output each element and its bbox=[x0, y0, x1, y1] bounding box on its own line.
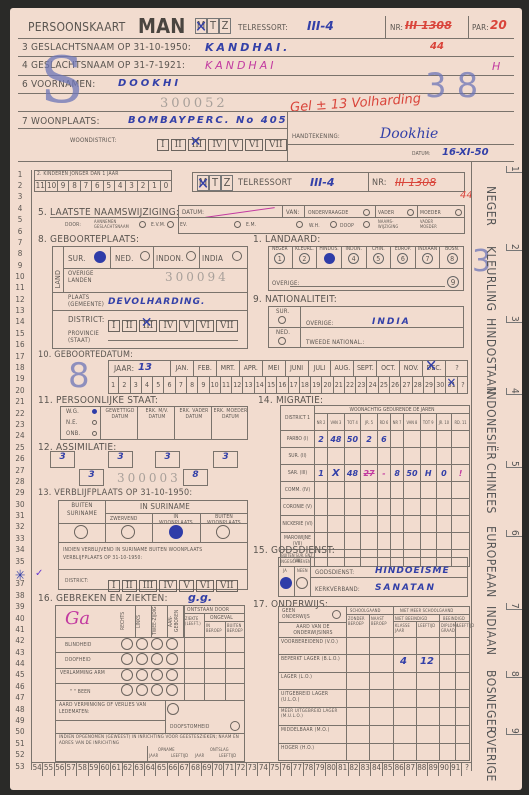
assimilatie-box-4[interactable]: 3 bbox=[213, 451, 238, 468]
day-31-crossed[interactable]: 31✕ bbox=[445, 377, 456, 393]
side-label-indonesier: INDONESIËR bbox=[484, 388, 498, 460]
woondistrict-i[interactable]: I bbox=[157, 139, 169, 151]
telresort-label: TELRESSORT: bbox=[238, 23, 288, 32]
nr-label: NR: bbox=[390, 23, 403, 32]
landaard-europ[interactable]: EUROP.6 bbox=[391, 246, 416, 268]
van-vader-radio[interactable] bbox=[407, 209, 414, 216]
stamp-number: 300052 bbox=[160, 96, 228, 111]
section1-label: 1. LANDAARD: bbox=[253, 234, 321, 245]
migratie-row: SAR. (III) 1X4827-850H0! bbox=[281, 465, 470, 482]
gebreken-annotation: g.g. bbox=[188, 591, 212, 604]
side-label-neger: NEGER bbox=[484, 186, 498, 226]
handtekening-label: HANDTEKENING: bbox=[292, 133, 340, 140]
door-evm-radio[interactable] bbox=[167, 221, 174, 228]
days-row: 1234567891011121314151617181920212223242… bbox=[108, 377, 468, 393]
landaard-kleurl[interactable]: KLEURL.2 bbox=[293, 246, 318, 268]
nr-value: III 1308 bbox=[405, 19, 452, 32]
months-row: JAN.FEB.MRT.APR.MEIJUNIJULIAUG.SEPT.OCT.… bbox=[170, 360, 468, 376]
assimilatie-box-6[interactable]: 8 bbox=[183, 469, 208, 486]
door-ev-radio[interactable] bbox=[234, 221, 241, 228]
child-cell[interactable]: 1 bbox=[149, 181, 160, 192]
x-mark-icon: ✕ bbox=[446, 376, 456, 392]
migratie-row: CORONIE (V) bbox=[281, 499, 470, 516]
verminking-radio[interactable] bbox=[167, 703, 179, 715]
verlamming-been-radios bbox=[121, 684, 178, 696]
assimilatie-box-5[interactable]: 3 bbox=[79, 469, 104, 486]
staat-ne-radio[interactable] bbox=[92, 420, 97, 425]
plaats-value: DEVOLHARDING. bbox=[108, 297, 205, 307]
birth-district-v[interactable]: V bbox=[179, 320, 194, 332]
woondistrict-iv[interactable]: IV bbox=[208, 139, 226, 151]
card-title: PERSOONSKAART bbox=[28, 20, 125, 34]
census-card: PERSOONSKAART MAN M✕ T Z TELRESSORT: III… bbox=[10, 8, 522, 790]
child-cell[interactable]: 7 bbox=[81, 181, 92, 192]
stamp-300003: 300003 bbox=[117, 471, 181, 485]
handtekening-value: Dookhie bbox=[380, 126, 438, 142]
side-label-bosneger: BOSNEGER bbox=[484, 670, 498, 734]
f7-value: BOMBAYPERC. No 405 bbox=[128, 115, 288, 126]
woondistrict-vi[interactable]: VI bbox=[245, 139, 263, 151]
ingeschreven-ja-radio[interactable] bbox=[280, 577, 292, 589]
child-cell[interactable]: 3 bbox=[126, 181, 137, 192]
datum-value: 16-XI-50 bbox=[442, 147, 489, 158]
door-aannemen-radio[interactable] bbox=[139, 221, 146, 228]
sex-box-m[interactable]: M✕ bbox=[195, 18, 207, 34]
birth-district-ii[interactable]: II bbox=[122, 320, 137, 332]
nat-sur-radio[interactable] bbox=[278, 316, 286, 324]
nr-label-2: NR: bbox=[372, 178, 387, 188]
month-dec-crossed[interactable]: DEC.✕ bbox=[422, 360, 445, 376]
door-em-radio[interactable] bbox=[296, 221, 303, 228]
f6-value: DOOKHI bbox=[118, 78, 181, 89]
migratie-row: PARBO (I) 2485026 bbox=[281, 431, 470, 448]
row-number-column: 1 2 3 4 5 6 7 8 9 10 11 12 13 14 15 16 1… bbox=[10, 170, 32, 770]
section13-label: 13. VERBLIJFPLAATS OP 31-10-1950: bbox=[38, 488, 192, 498]
child-cell[interactable]: 6 bbox=[92, 181, 103, 192]
land-indon-radio[interactable] bbox=[186, 251, 196, 261]
stamp-big-number: 38 bbox=[425, 66, 488, 106]
par-value: 20 bbox=[490, 18, 507, 32]
x-mark-icon: ✕ bbox=[141, 318, 153, 329]
land-ned-radio[interactable] bbox=[140, 251, 150, 261]
child-cell[interactable]: 5 bbox=[104, 181, 115, 192]
section16-label: 16. GEBREKEN EN ZIEKTEN: bbox=[38, 593, 168, 604]
verblijf-district-options: IIIIIIIVVVIVII bbox=[108, 573, 240, 592]
side-label-hindostaan: HINDOSTAAN bbox=[484, 318, 498, 395]
x-mark-icon: ✕ bbox=[190, 137, 202, 148]
door-doop-radio[interactable] bbox=[363, 221, 370, 228]
jaar-value: 13 bbox=[138, 362, 152, 373]
blo-klasse-value: 4 bbox=[400, 656, 407, 667]
section8-label: 8. GEBOORTEPLAATS: bbox=[38, 234, 139, 245]
stamp-letter-s: S bbox=[40, 44, 84, 118]
staat-wg-radio[interactable] bbox=[92, 409, 97, 414]
staat-onb-radio[interactable] bbox=[92, 431, 97, 436]
ingeschreven-nee-radio[interactable] bbox=[296, 577, 308, 589]
landaard-bosn[interactable]: BOSN.8 bbox=[440, 246, 464, 268]
section9-label: 9. NATIONALITEIT: bbox=[253, 294, 337, 305]
woondistrict-iii[interactable]: III✕ bbox=[188, 139, 207, 151]
f4-value: KANDHAI bbox=[205, 59, 276, 72]
section2-children: 2. KINDEREN JONGER DAN 1 JAAR 1110987654… bbox=[34, 170, 172, 192]
side-label-europeaan: EUROPEAAN bbox=[484, 526, 498, 598]
f3-value: KANDHAI. bbox=[205, 41, 290, 54]
geen-onderwijs-radio[interactable] bbox=[332, 610, 341, 619]
land-india-radio[interactable] bbox=[232, 251, 242, 261]
woondistrict-vii[interactable]: VII bbox=[265, 139, 287, 151]
child-cell[interactable]: 9 bbox=[58, 181, 69, 192]
assimilatie-box-2[interactable]: 3 bbox=[108, 451, 133, 468]
migratie-row: NICKERIE (VI) bbox=[281, 516, 470, 533]
child-cell[interactable]: 8 bbox=[69, 181, 80, 192]
side-label-overige: OVERIGE bbox=[484, 730, 498, 782]
birth-district-vii[interactable]: VII bbox=[216, 320, 238, 332]
child-cell[interactable]: 11 bbox=[35, 181, 46, 192]
landaard-hindos[interactable]: HINDOS. bbox=[317, 246, 342, 268]
blo-leeftijd-value: 12 bbox=[420, 656, 434, 667]
door-wh-radio[interactable] bbox=[330, 221, 337, 228]
zwervend-radio[interactable] bbox=[121, 525, 135, 539]
birth-district-iii[interactable]: III✕ bbox=[139, 320, 158, 332]
h-annotation: H bbox=[492, 60, 500, 73]
child-cell[interactable]: 2 bbox=[138, 181, 149, 192]
woondistrict-v[interactable]: V bbox=[228, 139, 243, 151]
woondistrict-label: WOONDISTRICT: bbox=[70, 137, 117, 144]
stamp-300094: 300094 bbox=[165, 270, 229, 284]
sex-label: MAN bbox=[138, 14, 186, 38]
migratie-row: SUR. (II) bbox=[281, 448, 470, 465]
blindheid-radios bbox=[121, 638, 178, 650]
stamp-8: 8 bbox=[68, 356, 90, 396]
doofheid-radios bbox=[121, 653, 178, 665]
van-ondervraagde-radio[interactable] bbox=[363, 209, 370, 216]
pink-signature: Ga bbox=[65, 608, 90, 629]
nat-overige-value: INDIA bbox=[372, 317, 411, 327]
assimilatie-box-1[interactable]: 3 bbox=[50, 451, 75, 468]
van-moeder-radio[interactable] bbox=[455, 209, 462, 216]
x-mark-icon: ✕ bbox=[425, 358, 437, 374]
sex-boxes: M✕ T Z bbox=[195, 18, 231, 34]
landaard-indon[interactable]: INDON.4 bbox=[342, 246, 367, 268]
f7-label: 7 WOONPLAATS: bbox=[22, 116, 100, 127]
section15-label: 15. GODSDIENST: bbox=[253, 545, 335, 556]
landaard-chin[interactable]: CHIN.5 bbox=[367, 246, 392, 268]
side-label-kleurling: KLEURLING bbox=[484, 246, 498, 311]
telresort-value: III-4 bbox=[307, 19, 334, 33]
nr-annotation: 44 bbox=[430, 41, 444, 52]
landaard-overige-radio[interactable]: 9 bbox=[447, 276, 459, 288]
landaard-indiaan[interactable]: INDIAAN7 bbox=[416, 246, 441, 268]
godsdienst-value: HINDOEISME bbox=[375, 566, 450, 576]
datum-label: DATUM: bbox=[412, 151, 431, 157]
kerkverband-value: SANATAN bbox=[375, 583, 436, 593]
nr-value-2: III 1308 bbox=[395, 176, 436, 189]
woondistrict-ii[interactable]: II bbox=[171, 139, 186, 151]
landaard-options: NEGER1 KLEURL.2 HINDOS. INDON.4 CHIN.5 E… bbox=[268, 246, 464, 268]
section11-label: 11. PERSOONLIJKE STAAT: bbox=[38, 395, 158, 406]
child-cell[interactable]: 10 bbox=[46, 181, 57, 192]
in-woonplaats-radio[interactable] bbox=[169, 525, 183, 539]
selected-dot bbox=[324, 253, 335, 264]
buiten-woonplaats-radio[interactable] bbox=[216, 525, 230, 539]
assimilatie-box-3[interactable]: 3 bbox=[155, 451, 180, 468]
land-sur-radio[interactable] bbox=[94, 251, 106, 263]
child-cell[interactable]: 0 bbox=[161, 181, 171, 192]
woondistrict-options: IIIIII✕IVVVIVII bbox=[157, 132, 289, 151]
par-label: PAR: bbox=[472, 23, 489, 32]
birth-district-iv[interactable]: IV bbox=[159, 320, 177, 332]
birth-district-options: IIIIII✕IVVVIVII bbox=[108, 313, 240, 332]
migratie-row: COMM. (IV) bbox=[281, 482, 470, 499]
nat-ned-radio[interactable] bbox=[278, 337, 286, 345]
landaard-neger[interactable]: NEGER1 bbox=[268, 246, 293, 268]
x-mark-icon: ✕ bbox=[195, 17, 207, 36]
migratie-table: DISTRICT 1 WOONACHTIG GEDURENDE DE JAREN… bbox=[280, 405, 470, 567]
child-cell[interactable]: 4 bbox=[115, 181, 126, 192]
doofstomheid-radio[interactable] bbox=[230, 721, 240, 731]
buiten-suriname-radio[interactable] bbox=[74, 525, 88, 539]
side-label-indiaan: INDIAAN bbox=[484, 606, 498, 655]
birth-district-vi[interactable]: VI bbox=[196, 320, 214, 332]
sex-box-t[interactable]: T bbox=[207, 18, 219, 34]
bottom-number-strip: 5455565758596061626364656667686970717273… bbox=[32, 762, 472, 776]
sex-box-z[interactable]: Z bbox=[219, 18, 231, 34]
verlamming-arm-radios bbox=[121, 669, 178, 681]
side-label-chinees: CHINEES bbox=[484, 463, 498, 514]
check-mark-icon: ✓ bbox=[35, 568, 43, 579]
side-category-strip: 1 NEGER 2 KLEURLING 3 HINDOSTAAN 4 INDON… bbox=[472, 158, 518, 773]
birth-district-i[interactable]: I bbox=[108, 320, 120, 332]
